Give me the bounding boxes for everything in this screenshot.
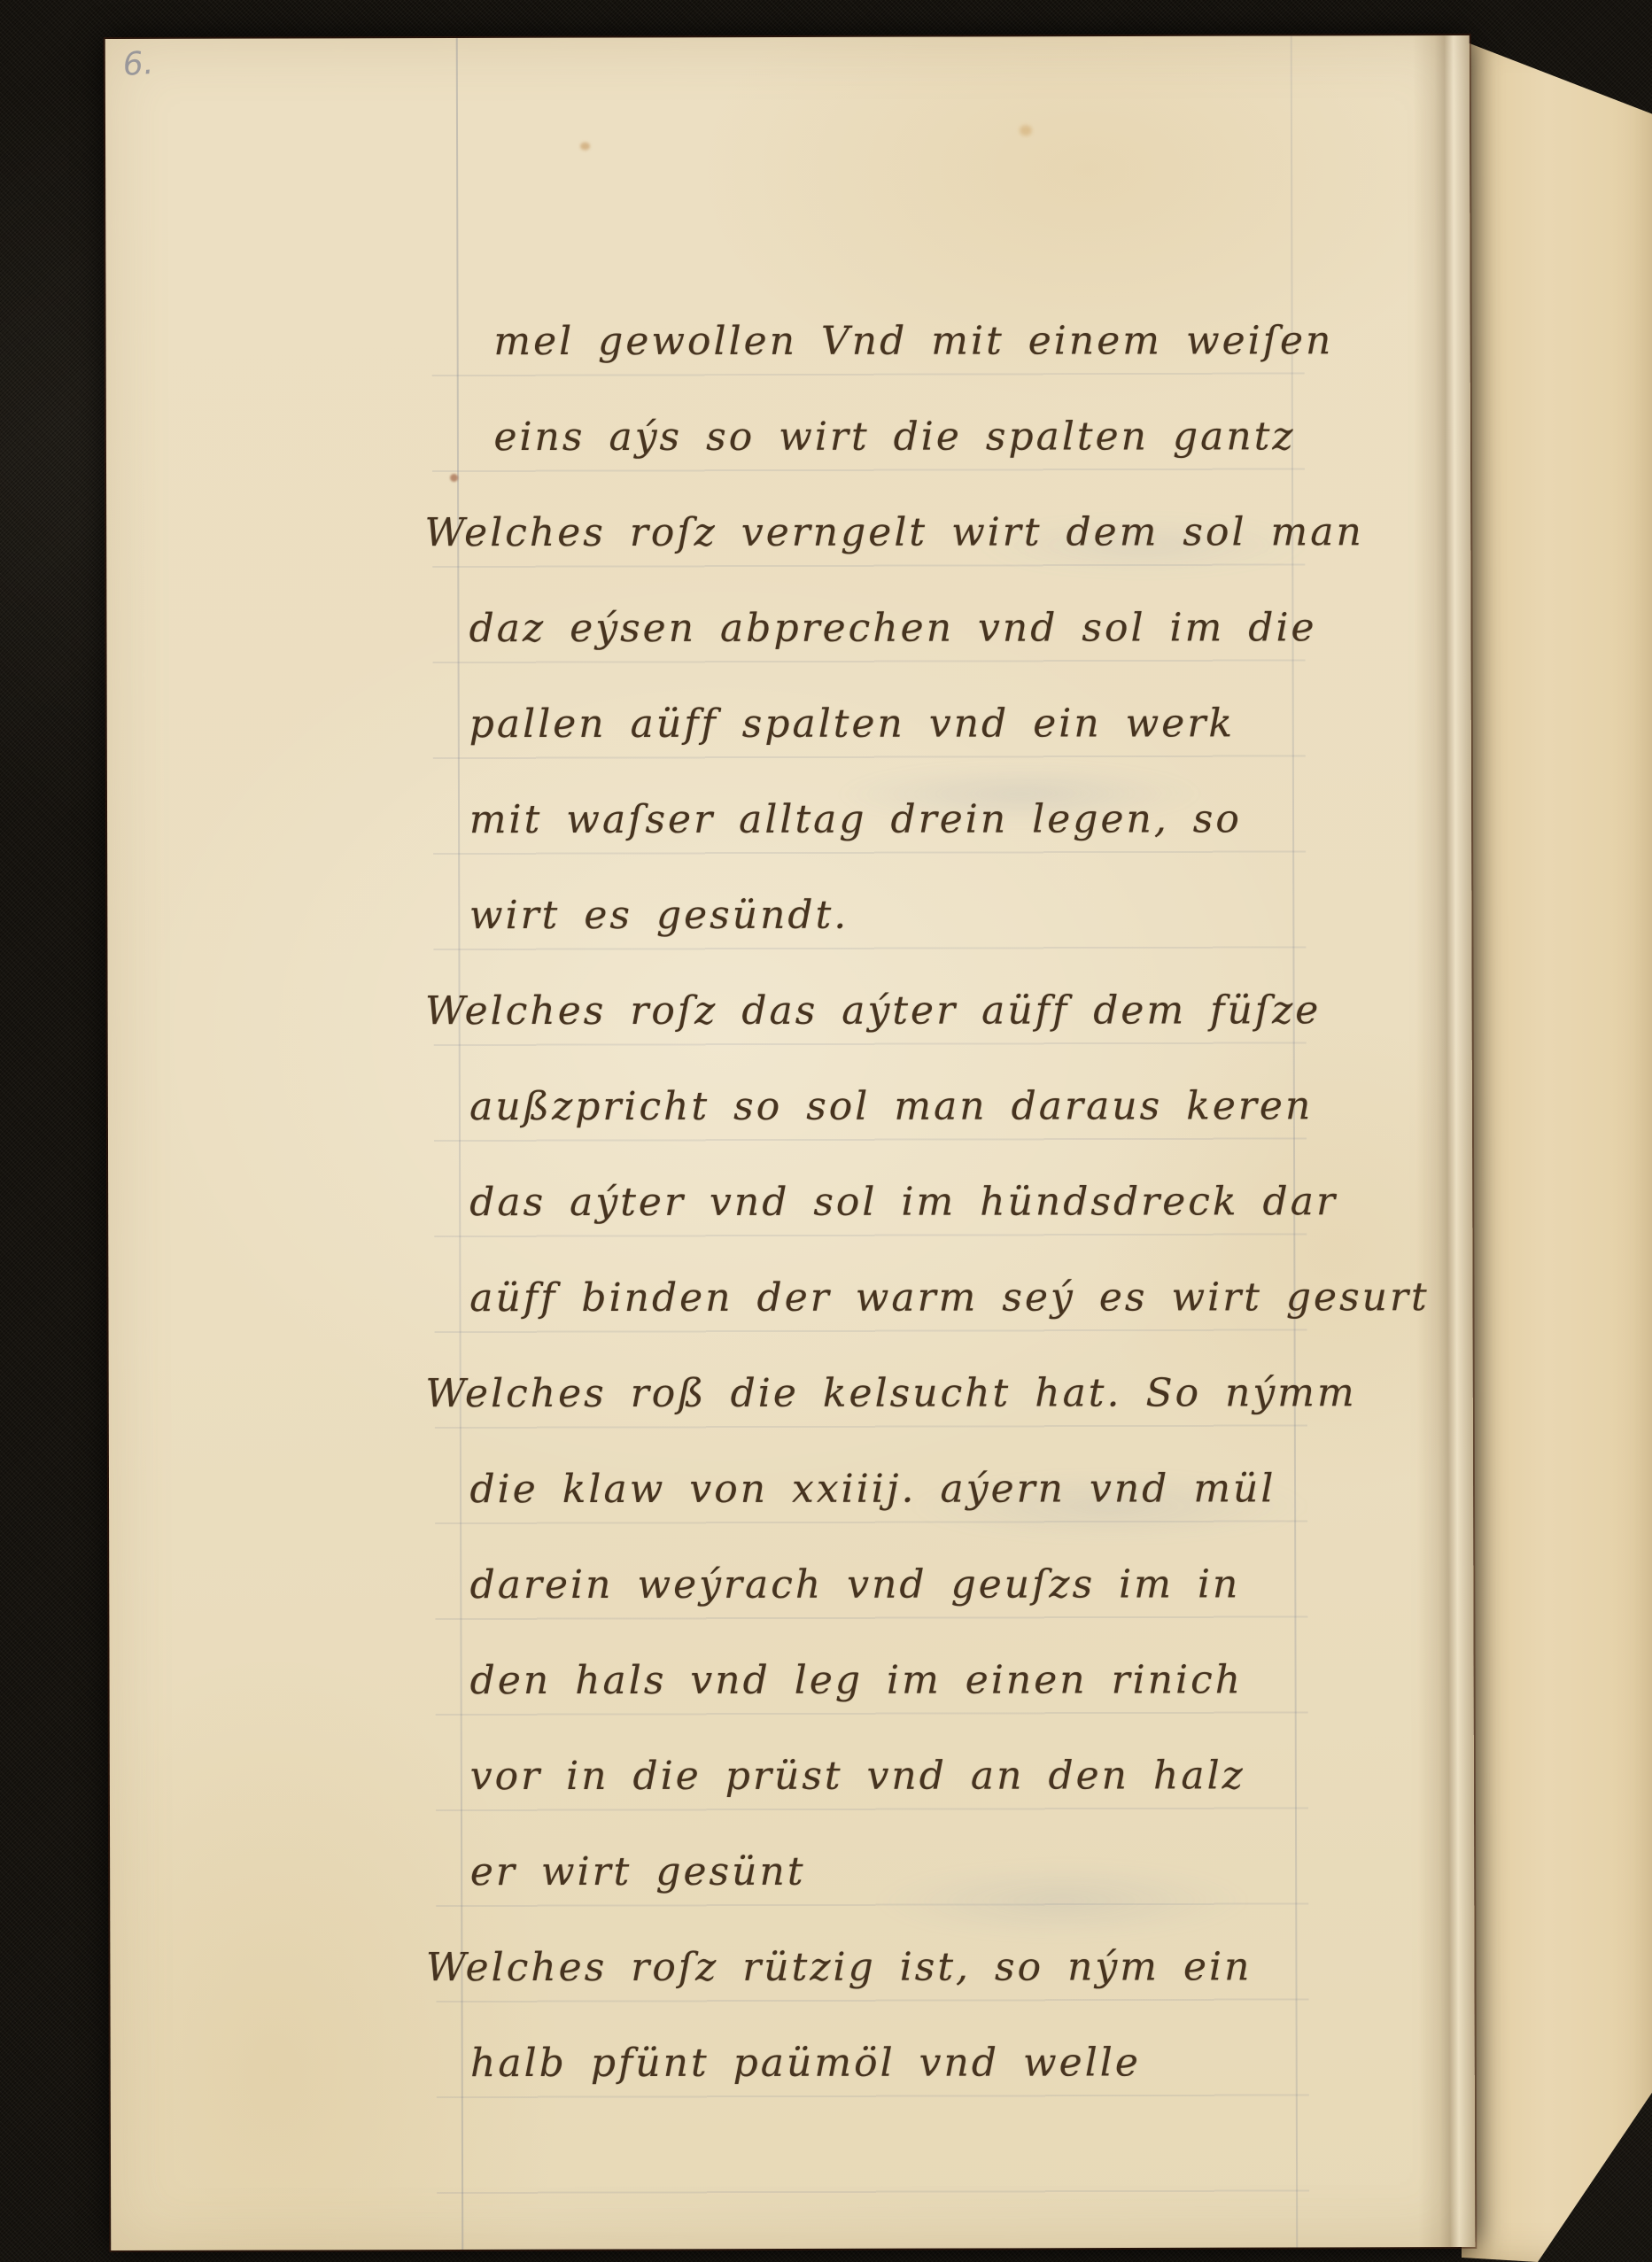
manuscript-line: eins aýs so wirt die spalten gantz <box>424 394 1363 491</box>
handwritten-text-block: mel gewollen Vnd mit einem weiſen eins a… <box>424 298 1365 2117</box>
manuscript-line: vor in die prüst vnd an den halz <box>426 1733 1365 1830</box>
manuscript-line: mit waſser alltag drein legen, so <box>425 777 1364 873</box>
paper-speck <box>580 143 590 151</box>
manuscript-line: Welches roſz verngelt wirt dem sol man <box>424 490 1363 586</box>
manuscript-line: aüff binden der warm seý es wirt gesurt <box>425 1255 1364 1352</box>
manuscript-line: Welches roſz das aýter aüff dem füſze <box>425 968 1364 1065</box>
fold-crease <box>1413 35 1476 2247</box>
manuscript-line: außzpricht so sol man daraus keren <box>425 1064 1364 1160</box>
manuscript-line: das aýter vnd sol im hündsdreck dar <box>425 1159 1364 1256</box>
manuscript-line: darein weýrach vnd geuſzs im in <box>426 1542 1365 1638</box>
manuscript-line: halb pfünt paümöl vnd welle <box>426 2020 1365 2117</box>
manuscript-line: pallen aüff spalten vnd ein werk <box>425 681 1364 778</box>
manuscript-line: Welches roß die kelsucht hat. So nýmm <box>425 1351 1364 1447</box>
manuscript-scan: 6. mel gewollen Vnd mit einem weiſen ein… <box>0 0 1652 2262</box>
underlying-page-edge <box>1462 34 1652 2262</box>
manuscript-line: mel gewollen Vnd mit einem weiſen <box>424 298 1363 395</box>
paper-speck <box>1020 125 1032 136</box>
manuscript-line: wirt es gesündt. <box>425 872 1364 969</box>
manuscript-line: den hals vnd leg im einen rinich <box>426 1638 1365 1734</box>
manuscript-line: daz eýsen abprechen vnd sol im die <box>425 585 1364 682</box>
manuscript-line: die klaw von xxiiij. aýern vnd mül <box>425 1446 1364 1543</box>
manuscript-page: 6. mel gewollen Vnd mit einem weiſen ein… <box>105 35 1476 2250</box>
page-number: 6. <box>121 45 154 83</box>
manuscript-line: er wirt gesünt <box>426 1829 1365 1925</box>
manuscript-line: Welches roſz rützig ist, so ným ein <box>426 1925 1365 2021</box>
